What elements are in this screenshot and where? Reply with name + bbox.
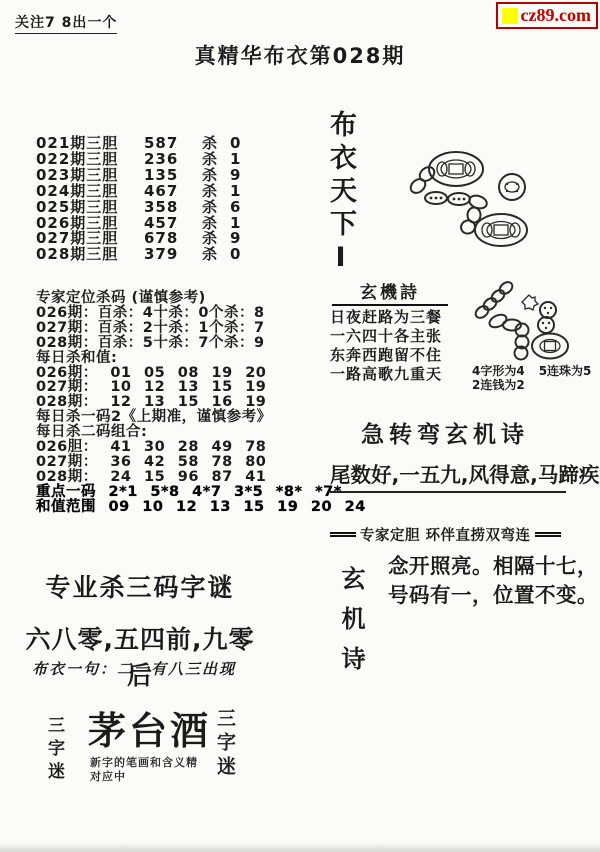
- coin-legend-row: 4字形为45连珠为5: [472, 364, 591, 378]
- xuanji-poem-title: 玄機詩: [332, 278, 448, 306]
- xuanji-poem-vertical-label: 玄机诗: [334, 566, 369, 686]
- coin-legend-note: 4字形为4: [472, 364, 525, 378]
- kill-three-code-title: 专业杀三码字谜: [30, 568, 250, 604]
- xuanji-poem-line: 一六四十各主张: [330, 327, 450, 346]
- page-title: 真精华布衣第028期: [0, 40, 600, 70]
- position-kill-row: 026期：百杀：4十杀：0个杀：8: [36, 306, 366, 321]
- daily-kill-pairs-heading: 每日杀二码组合:: [36, 425, 366, 440]
- daily-kill-one-line: 每日杀一码2《上期准，谨慎参考》: [36, 410, 366, 425]
- dan-value: 379: [144, 247, 202, 263]
- xuanji-bottom-poem-line: 念开照亮。相隔十七，: [388, 552, 598, 581]
- site-banner[interactable]: cz89.com: [496, 2, 598, 29]
- divider-line: [535, 532, 561, 537]
- dan-history-row: 028期三胆379杀0: [36, 247, 241, 263]
- kill-value: 0: [230, 247, 241, 263]
- page-bottom-shadow: [0, 842, 600, 852]
- position-kill-row: 028期：百杀：5十杀：7个杀：9: [36, 336, 366, 351]
- riddle-answer-note-line: 对应中: [90, 770, 198, 784]
- sharp-turn-poem-title: 急转弯玄机诗: [330, 416, 560, 449]
- xuanji-bottom-poem: 念开照亮。相隔十七， 号码有一，位置不变。: [388, 552, 598, 610]
- coin-cluster-illustration-top: [398, 146, 548, 251]
- divider-line: [330, 532, 356, 537]
- daily-kill-sum-heading: 每日杀和值:: [36, 351, 366, 366]
- xuanji-poem-line: 一路高歌九重天: [330, 365, 450, 384]
- riddle-answer-note: 新字的笔画和含义精 对应中: [90, 756, 198, 784]
- buyi-tianxia-vertical-banner: 布衣天下I: [326, 110, 354, 279]
- coin-legend-note: 2连钱为2: [472, 378, 591, 392]
- three-char-riddle-answer: 茅台酒: [88, 700, 211, 755]
- xuanji-bottom-poem-line: 号码有一，位置不变。: [388, 581, 598, 610]
- xuanji-poem-box: 玄機詩 日夜赶路为三餐 一六四十各主张 东奔西跑留不住 一路高歌九重天: [330, 278, 450, 384]
- position-kill-heading: 专家定位杀码 (谨慎参考): [36, 291, 366, 306]
- kill-analysis-block: 专家定位杀码 (谨慎参考) 026期：百杀：4十杀：0个杀：8 027期：百杀：…: [36, 291, 366, 515]
- kill-three-code-line: 六八零,五四前,九零后: [22, 620, 258, 692]
- sum-range-line: 和值范围 09 10 12 13 15 19 20 24: [36, 500, 366, 515]
- key-one-code-line: 重点一码 2*1 5*8 4*7 3*5 *8* *7*: [36, 485, 366, 500]
- focus-note: 关注7 8出一个: [15, 12, 117, 34]
- daily-kill-sum-row: 028期： 12 13 15 16 19: [36, 395, 366, 410]
- coin-legend-notes: 4字形为45连珠为5 2连钱为2: [472, 364, 591, 392]
- three-char-riddle-label-right: 三字迷: [212, 708, 239, 780]
- xuanji-poem-line: 日夜赶路为三餐: [330, 308, 450, 327]
- xuanji-poem-line: 东奔西跑留不住: [330, 346, 450, 365]
- site-link[interactable]: cz89.com: [521, 5, 591, 26]
- daily-kill-pairs-row: 028期： 24 15 96 87 41: [36, 470, 366, 485]
- dan-period: 028期三胆: [36, 247, 144, 263]
- expert-dan-banner-text: 专家定胆 环伴直捞双弯连: [360, 524, 531, 545]
- daily-kill-pairs-row: 027期： 36 42 58 78 80: [36, 455, 366, 470]
- coin-legend-note: 5连珠为5: [539, 364, 592, 378]
- buyi-sentence: 布衣一句：二一有八三出现: [32, 658, 236, 679]
- expert-dan-banner: 专家定胆 环伴直捞双弯连: [330, 524, 562, 545]
- site-logo-icon: [502, 8, 518, 24]
- sharp-turn-poem-line: 尾数好,一五九,风得意,马蹄疾: [330, 458, 566, 493]
- kill-label: 杀: [202, 247, 230, 263]
- daily-kill-pairs-row: 026胆： 41 30 28 49 78: [36, 440, 366, 455]
- dan-history-list: 021期三胆587杀0 022期三胆236杀1 023期三胆135杀9 024期…: [36, 136, 241, 263]
- position-kill-row: 027期：百杀：2十杀：1个杀：7: [36, 321, 366, 336]
- three-char-riddle-label-left: 三字迷: [42, 716, 67, 785]
- coin-cluster-illustration-side: [460, 280, 578, 364]
- buyi-lottery-chart-page: 关注7 8出一个 cz89.com 真精华布衣第028期 021期三胆587杀0…: [0, 0, 600, 852]
- riddle-answer-note-line: 新字的笔画和含义精: [90, 756, 198, 770]
